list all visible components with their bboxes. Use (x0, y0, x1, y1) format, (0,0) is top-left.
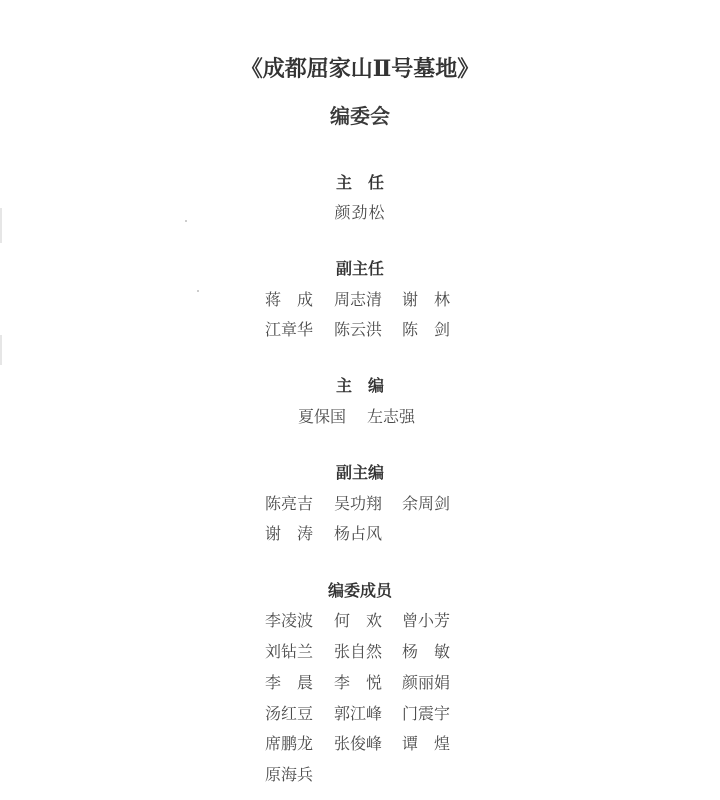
name-row: 汤红豆 郭江峰 门震宇 (0, 701, 720, 723)
name-row: 刘钻兰 张自然 杨 敏 (0, 639, 720, 661)
committee-title: 编委会 (0, 100, 720, 129)
member-name: 谢 涛 (265, 521, 315, 544)
member-name: 杨占风 (334, 521, 384, 544)
member-name: 夏保国 (298, 404, 348, 427)
name-row: 席鹏龙 张俊峰 谭 煌 (0, 731, 720, 753)
member-name: 颜劲松 (0, 200, 720, 223)
member-name: 余周剑 (402, 491, 452, 514)
name-row: 陈亮吉 吴功翔 余周剑 (0, 491, 720, 513)
scan-edge-mark (0, 225, 2, 243)
member-name: 杨 敏 (402, 639, 452, 662)
book-title: 《成都屈家山Ⅱ号墓地》 (0, 52, 720, 83)
member-name: 席鹏龙 (265, 731, 315, 754)
member-name: 李凌波 (265, 608, 315, 631)
member-name: 何 欢 (334, 608, 384, 631)
member-name: 左志强 (367, 404, 417, 427)
document-page: 《成都屈家山Ⅱ号墓地》 编委会 主 任 颜劲松 副主任 蒋 成 周志清 谢 林 … (0, 0, 720, 800)
member-name: 江章华 (265, 317, 315, 340)
name-row: 谢 涛 杨占风 (0, 521, 720, 543)
name-row: 江章华 陈云洪 陈 剑 (0, 317, 720, 339)
member-name: 刘钻兰 (265, 639, 315, 662)
section-heading-deputy-chief-editors: 副主编 (0, 460, 720, 483)
name-row: 原海兵 (0, 762, 720, 784)
member-name: 颜丽娟 (402, 670, 452, 693)
scan-edge-mark (0, 340, 2, 360)
member-name: 李 悦 (334, 670, 384, 693)
name-row: 颜劲松 (0, 200, 720, 222)
member-name: 陈云洪 (334, 317, 384, 340)
member-name: 张俊峰 (334, 731, 384, 754)
member-name: 陈 剑 (402, 317, 452, 340)
member-name: 曾小芳 (402, 608, 452, 631)
name-row: 李 晨 李 悦 颜丽娟 (0, 670, 720, 692)
section-heading-committee-members: 编委成员 (0, 578, 720, 601)
member-name: 蒋 成 (265, 287, 315, 310)
section-heading-director: 主 任 (0, 170, 720, 193)
section-heading-deputy-directors: 副主任 (0, 256, 720, 279)
member-name: 门震宇 (402, 701, 452, 724)
member-name: 汤红豆 (265, 701, 315, 724)
member-name: 吴功翔 (334, 491, 384, 514)
name-row: 夏保国 左志强 (0, 404, 720, 426)
member-name: 谢 林 (402, 287, 452, 310)
member-name: 谭 煌 (402, 731, 452, 754)
member-name: 郭江峰 (334, 701, 384, 724)
member-name: 周志清 (334, 287, 384, 310)
name-row: 李凌波 何 欢 曾小芳 (0, 608, 720, 630)
member-name: 陈亮吉 (265, 491, 315, 514)
member-name: 李 晨 (265, 670, 315, 693)
section-heading-chief-editors: 主 编 (0, 373, 720, 396)
name-row: 蒋 成 周志清 谢 林 (0, 287, 720, 309)
member-name: 张自然 (334, 639, 384, 662)
member-name: 原海兵 (265, 762, 315, 785)
